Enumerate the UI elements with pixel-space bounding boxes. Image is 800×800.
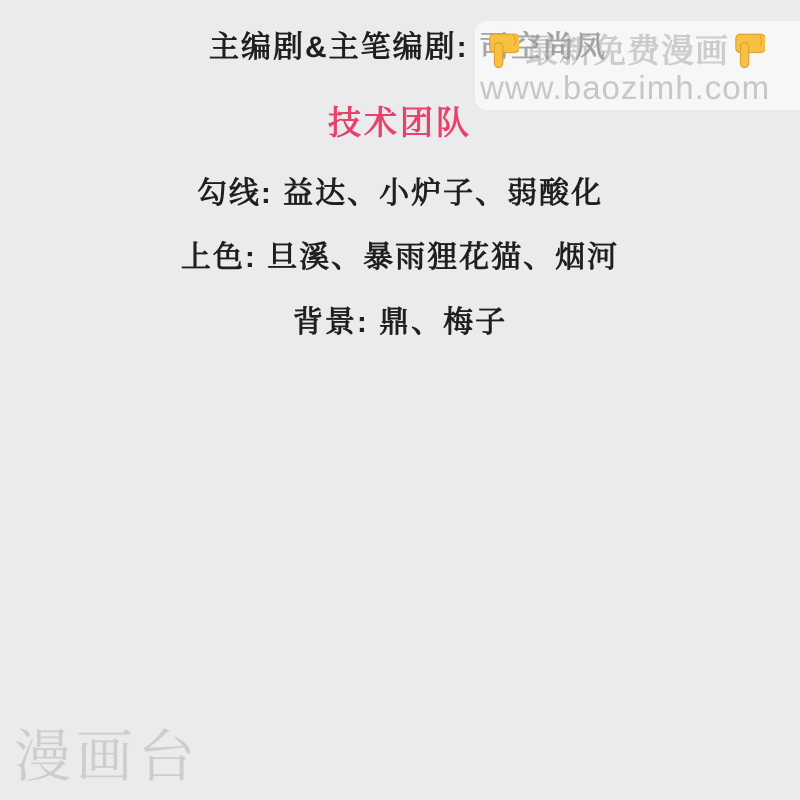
platform-watermark: 漫画台 [14,726,200,789]
team-title: 技术团队 [0,106,800,139]
background-credit-line: 背景: 鼎、梅子 [0,308,800,338]
site-watermark-title: 最新免费漫画 [525,34,729,67]
site-watermark-box: 最新免费漫画 www.baozimh.com [475,21,800,110]
pointing-down-icon [489,30,519,70]
coloring-credit-line: 上色: 旦溪、暴雨狸花猫、烟河 [0,243,800,273]
inking-credit-line: 勾线: 益达、小炉子、弱酸化 [0,179,800,209]
pointing-down-icon [735,30,765,70]
site-watermark-row1: 最新免费漫画 [489,30,765,70]
site-watermark-url: www.baozimh.com [480,71,770,104]
comic-credits-page: 主编剧&主笔编剧: 司空尚凤 技术团队 勾线: 益达、小炉子、弱酸化 上色: 旦… [0,0,800,800]
